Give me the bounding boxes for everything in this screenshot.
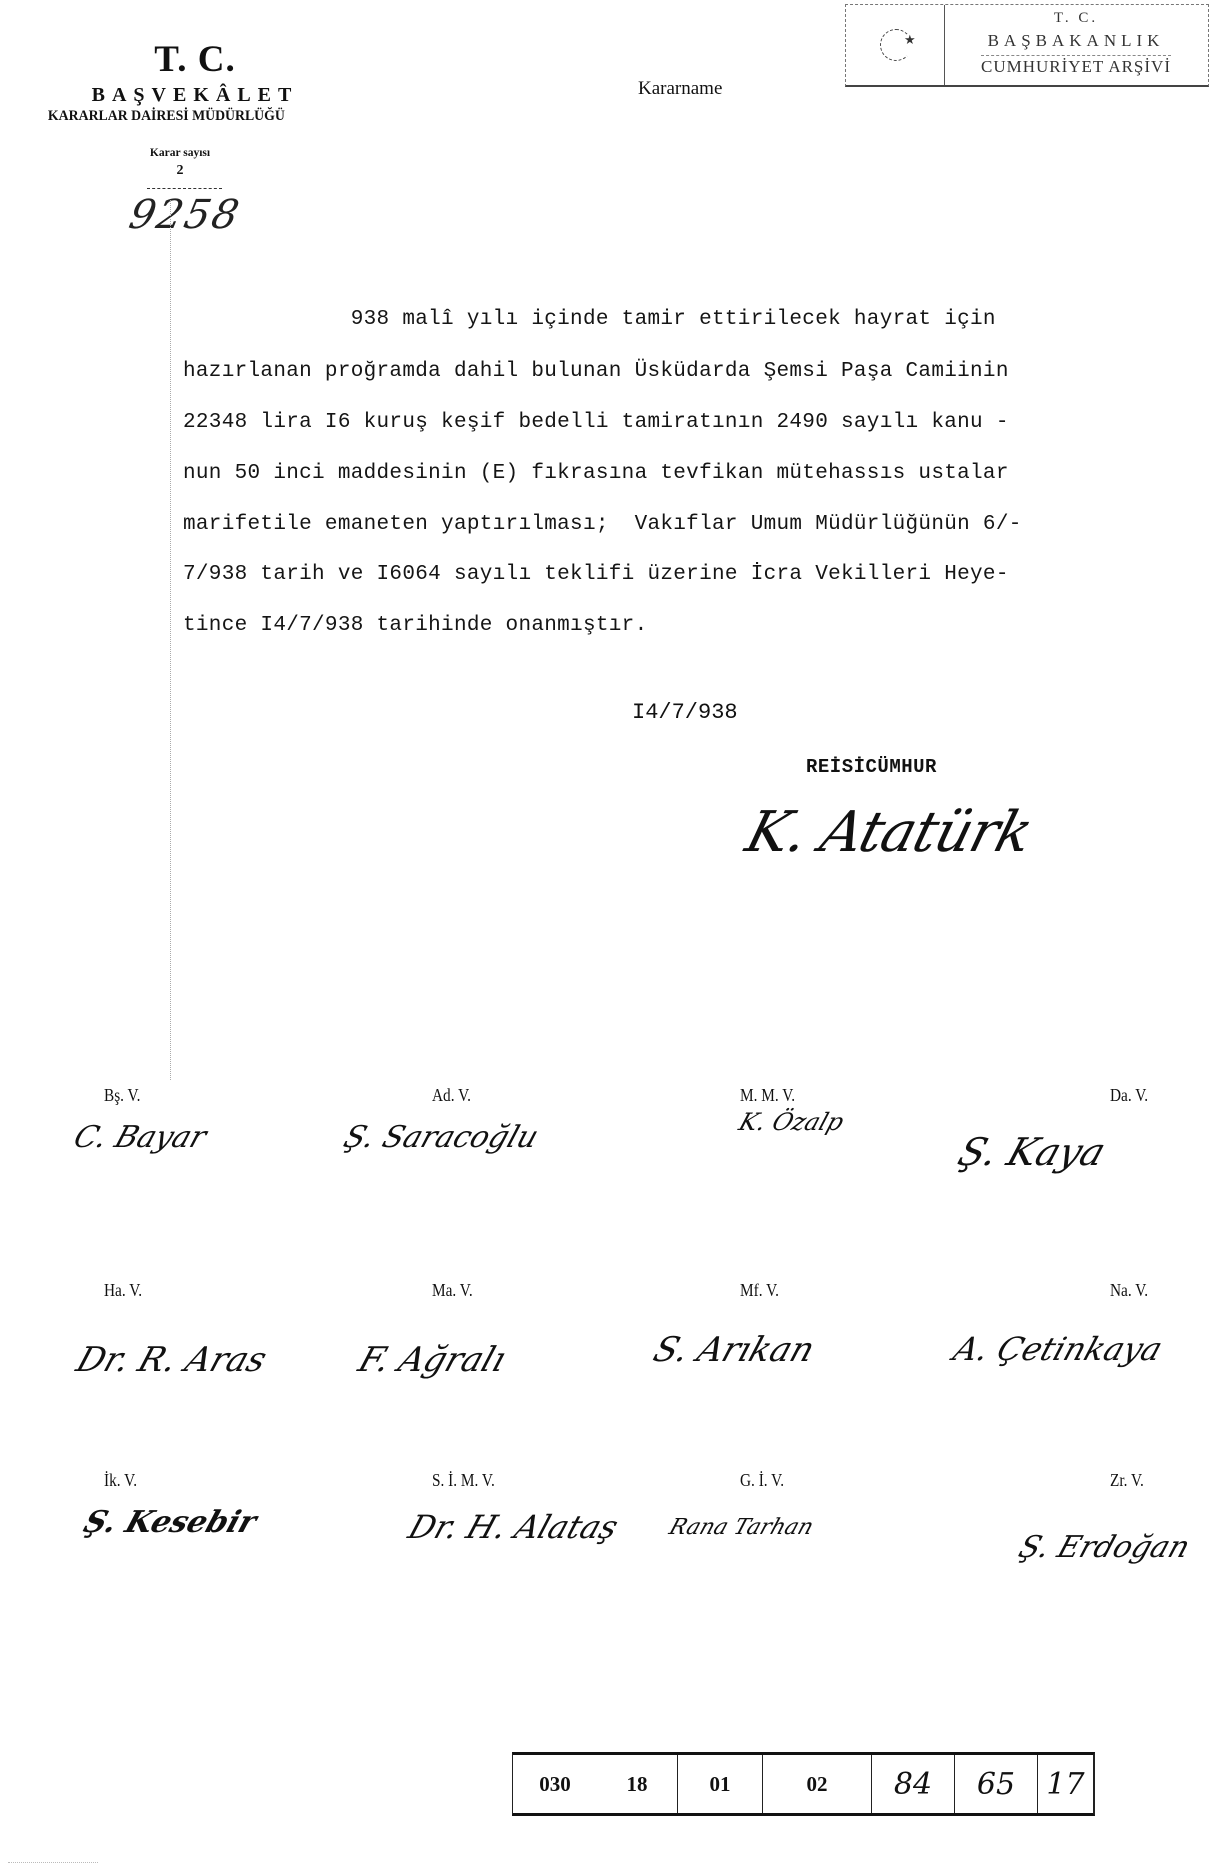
minister-label: S. İ. M. V.	[432, 1470, 495, 1491]
decision-number-label: Karar sayısı	[125, 147, 235, 159]
code-cell: 02	[763, 1755, 872, 1813]
body-line: 938 malî yılı içinde tamir ettirilecek h…	[183, 308, 996, 331]
department-heading: KARARLAR DAİRESİ MÜDÜRLÜĞÜ	[10, 108, 323, 125]
body-line: 22348 lira I6 kuruş keşif bedelli tamira…	[183, 411, 1009, 434]
code-cell: 65	[955, 1755, 1038, 1813]
minister-signature: Rana Tarhan	[666, 1515, 817, 1540]
minister-label: Ha. V.	[104, 1280, 142, 1301]
archive-stamp: ★ T. C. BAŞBAKANLIK CUMHURİYET ARŞİVİ	[845, 4, 1209, 87]
president-title: REİSİCÜMHUR	[806, 756, 937, 778]
body-line: nun 50 inci maddesinin (E) fıkrasına tev…	[183, 462, 1009, 485]
minister-label: Da. V.	[1110, 1085, 1148, 1106]
stamp-line-archive: CUMHURİYET ARŞİVİ	[981, 55, 1171, 75]
code-cell: 01	[678, 1755, 763, 1813]
minister-label: Zr. V.	[1110, 1470, 1144, 1491]
minister-label: İk. V.	[104, 1470, 137, 1491]
stamp-line-state: T. C.	[944, 11, 1208, 26]
minister-label: Ma. V.	[432, 1280, 473, 1301]
minister-label: Bş. V.	[104, 1085, 140, 1106]
document-type: Kararname	[638, 78, 722, 100]
code-cell: 030	[513, 1755, 597, 1813]
scan-edge-mark	[8, 1862, 98, 1863]
institution-heading: BAŞVEKÂLET	[70, 84, 320, 107]
archive-stamp-text: T. C. BAŞBAKANLIK CUMHURİYET ARŞİVİ	[944, 5, 1208, 76]
archive-emblem: ★	[846, 5, 945, 85]
minister-signature: Dr. R. Aras	[72, 1340, 272, 1380]
minister-signature: Ş. Kesebir	[79, 1505, 261, 1540]
code-cell: 84	[872, 1755, 955, 1813]
minister-label: Mf. V.	[740, 1280, 779, 1301]
minister-label: G. İ. V.	[740, 1470, 784, 1491]
minister-signature: K. Özalp	[735, 1108, 847, 1136]
archive-code-table: 030 18 01 02 84 65 17	[512, 1752, 1095, 1816]
margin-rule	[170, 200, 171, 1080]
body-line: marifetile emaneten yaptırılması; Vakıfl…	[183, 513, 1022, 536]
approval-date: I4/7/938	[632, 700, 738, 725]
body-line: 7/938 tarih ve I6064 sayılı teklifi üzer…	[183, 563, 1009, 586]
minister-signature: Ş. Erdoğan	[1014, 1530, 1194, 1565]
minister-signature: F. Ağralı	[354, 1340, 511, 1380]
code-cell: 17	[1038, 1755, 1093, 1813]
minister-label: Ad. V.	[432, 1085, 471, 1106]
body-line: tince I4/7/938 tarihinde onanmıştır.	[183, 614, 647, 637]
minister-signature: C. Bayar	[69, 1120, 210, 1155]
decision-number-value: 2	[170, 163, 190, 179]
minister-signature: A. Çetinkaya	[949, 1330, 1168, 1368]
body-line: hazırlanan proğramda dahil bulunan Üsküd…	[183, 360, 1009, 383]
state-heading: T. C.	[140, 38, 250, 81]
minister-signature: Ş. Kaya	[953, 1130, 1111, 1174]
minister-label: M. M. V.	[740, 1085, 795, 1106]
minister-signature: Dr. H. Alataş	[404, 1508, 623, 1546]
decision-number-divider	[147, 188, 222, 189]
president-signature: K. Atatürk	[739, 800, 1038, 865]
minister-label: Na. V.	[1110, 1280, 1148, 1301]
stamp-line-office: BAŞBAKANLIK	[944, 32, 1208, 49]
minister-signature: S. Arıkan	[649, 1330, 820, 1370]
star-icon: ★	[904, 33, 916, 48]
code-cell: 18	[597, 1755, 678, 1813]
handwritten-decision-number: 9258	[125, 192, 245, 238]
minister-signature: Ş. Saracoğlu	[339, 1120, 543, 1155]
